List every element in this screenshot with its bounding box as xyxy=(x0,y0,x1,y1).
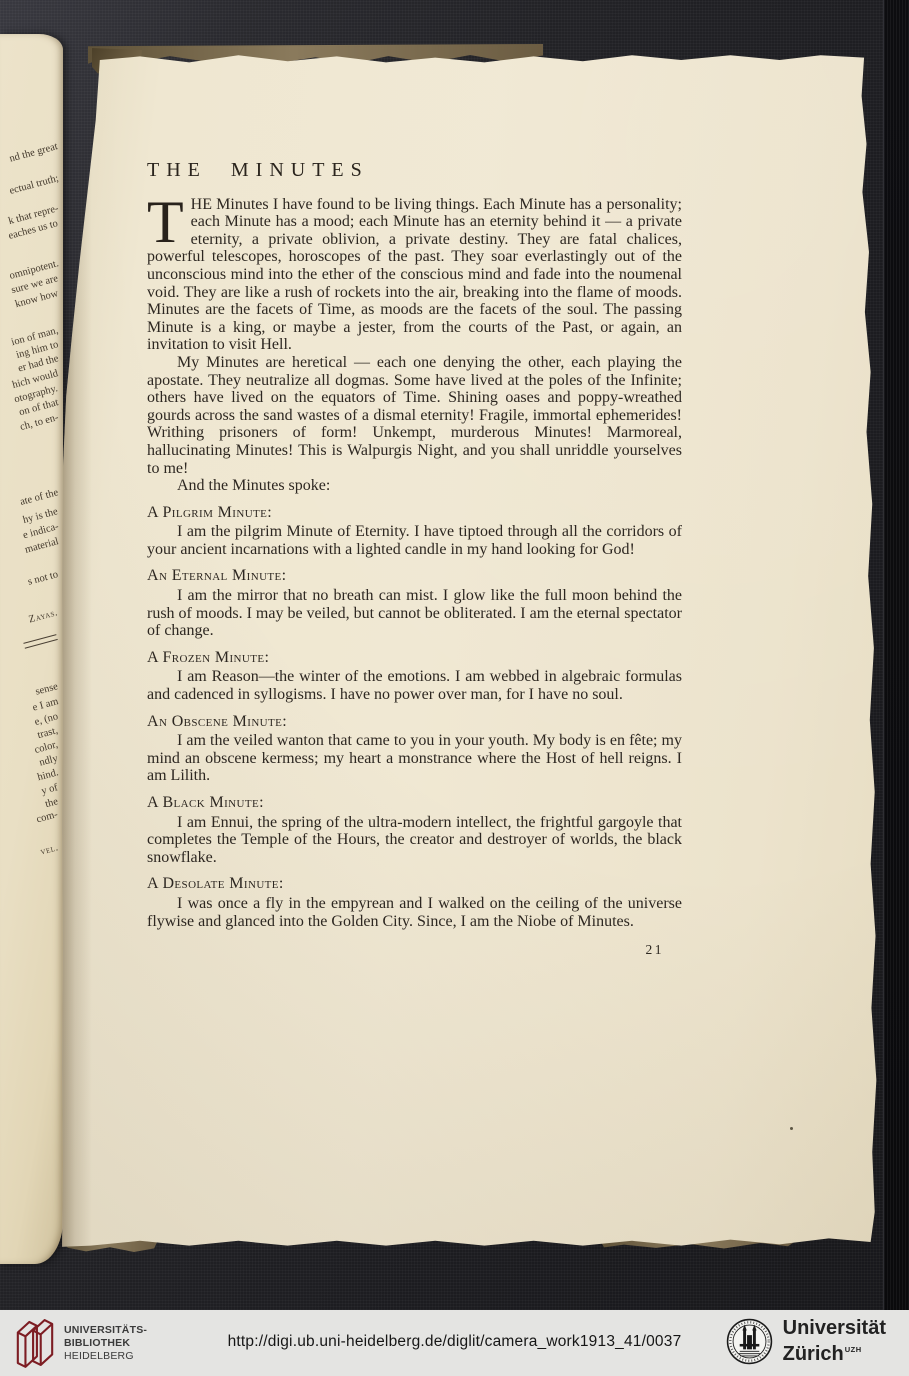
prev-page-text-fragment: com- xyxy=(36,809,60,825)
uzh-university-group: Universität ZürichUZH xyxy=(726,1318,886,1365)
uzh-wordmark: Universität ZürichUZH xyxy=(783,1318,886,1365)
prev-page-text-fragment: nd the great xyxy=(9,141,60,164)
library-name-line2: BIBLIOTHEK xyxy=(64,1337,147,1350)
uzh-wordmark-line1: Universität xyxy=(783,1318,886,1339)
heidelberg-library-logo xyxy=(14,1317,56,1369)
speaker-heading: A Pilgrim Minute: xyxy=(147,504,682,522)
heidelberg-library-group: UNIVERSITÄTS- BIBLIOTHEK HEIDELBERG xyxy=(14,1317,147,1369)
intro-line: And the Minutes spoke: xyxy=(147,477,682,495)
speech-paragraph: I am Ennui, the spring of the ultra-mode… xyxy=(147,814,682,867)
page-number: 21 xyxy=(147,941,682,959)
prev-page-text-fragment: sense xyxy=(35,681,60,698)
page-title: THE MINUTES xyxy=(147,162,682,180)
speaker-heading: A Black Minute: xyxy=(147,794,682,812)
prev-page-text-fragment: y of xyxy=(41,782,60,797)
previous-page-edge: nd the great ectual truth; k that repre-… xyxy=(0,34,63,1264)
speech-paragraph: I am Reason—the winter of the emotions. … xyxy=(147,668,682,703)
speech-paragraph: I was once a fly in the empyrean and I w… xyxy=(147,895,682,930)
viewer-footer: UNIVERSITÄTS- BIBLIOTHEK HEIDELBERG http… xyxy=(0,1310,909,1376)
scanned-book-photo: nd the great ectual truth; k that repre-… xyxy=(0,0,909,1310)
page-text-block: THE MINUTES THE Minutes I have found to … xyxy=(147,162,682,959)
prev-page-text-fragment: ectual truth; xyxy=(8,173,60,197)
speaker-heading: A Frozen Minute: xyxy=(147,649,682,667)
prev-page-text-fragment: vel. xyxy=(39,842,59,857)
prev-page-text-fragment: hind. xyxy=(36,767,59,783)
opening-paragraph: THE Minutes I have found to be living th… xyxy=(147,196,682,354)
gutter-fold-shadow xyxy=(58,48,92,1248)
body-paragraph: My Minutes are heretical — each one deny… xyxy=(147,354,682,477)
opening-paragraph-text: HE Minutes I have found to be living thi… xyxy=(147,196,682,354)
prev-page-text-fragment: s not to xyxy=(27,569,60,588)
prev-page-signature-zayas: Zayas. xyxy=(28,607,60,625)
speaker-heading: A Desolate Minute: xyxy=(147,875,682,893)
drop-cap: T xyxy=(147,196,191,246)
uzh-seal-logo xyxy=(726,1318,773,1365)
prev-page-text-fragment: the xyxy=(44,796,59,810)
uzh-wordmark-line2: ZürichUZH xyxy=(783,1339,886,1365)
library-name-line1: UNIVERSITÄTS- xyxy=(64,1324,147,1337)
uzh-suffix: UZH xyxy=(845,1345,862,1354)
speech-paragraph: I am the pilgrim Minute of Eternity. I h… xyxy=(147,523,682,558)
heidelberg-library-name: UNIVERSITÄTS- BIBLIOTHEK HEIDELBERG xyxy=(64,1324,147,1363)
background-fabric-strip xyxy=(883,0,909,1310)
library-name-line3: HEIDELBERG xyxy=(64,1350,147,1363)
prev-page-text-fragment: ate of the xyxy=(19,487,60,508)
speech-paragraph: I am the veiled wanton that came to you … xyxy=(147,732,682,785)
paper-speck xyxy=(790,1127,793,1130)
book-page: THE MINUTES THE Minutes I have found to … xyxy=(58,48,878,1248)
speaker-heading: An Eternal Minute: xyxy=(147,567,682,585)
speech-paragraph: I am the mirror that no breath can mist.… xyxy=(147,587,682,640)
speaker-heading: An Obscene Minute: xyxy=(147,713,682,731)
prev-page-divider-rule xyxy=(23,634,57,649)
source-url-link[interactable]: http://digi.ub.uni-heidelberg.de/diglit/… xyxy=(228,1333,682,1351)
